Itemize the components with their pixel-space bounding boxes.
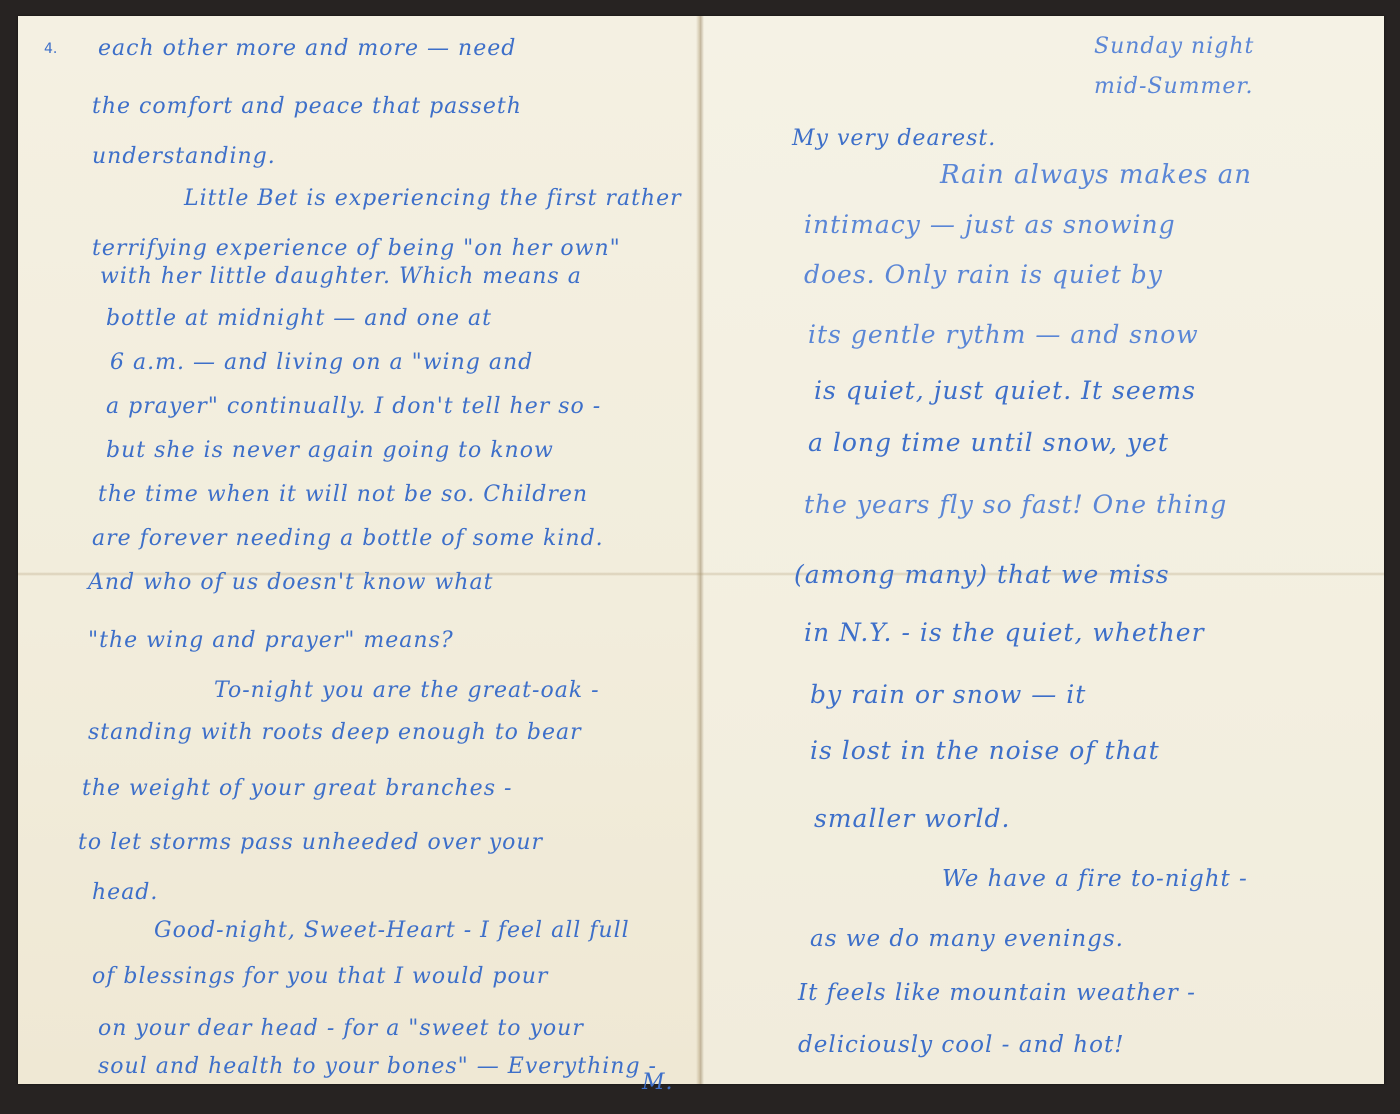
right-line-4: its gentle rythm — and snow [808,322,1199,347]
salutation: My very dearest. [792,128,996,150]
dateline-season: mid-Summer. [1094,76,1254,98]
left-line-15: To-night you are the great-oak - [214,680,600,702]
right-line-14: as we do many evenings. [810,928,1124,951]
right-line-5: is quiet, just quiet. It seems [814,378,1196,403]
left-line-8: 6 a.m. — and living on a "wing and [110,352,533,374]
right-line-11: is lost in the noise of that [810,738,1160,763]
left-line-21: of blessings for you that I would pour [92,966,548,988]
center-fold [696,16,704,1084]
left-line-3: understanding. [92,146,276,168]
letter-sheet: 4. each other more and more — need the c… [18,16,1384,1084]
left-line-7: bottle at midnight — and one at [106,308,492,330]
right-line-7: the years fly so fast! One thing [804,492,1227,517]
right-line-9: in N.Y. - is the quiet, whether [804,620,1205,645]
right-line-2: intimacy — just as snowing [804,212,1176,237]
left-line-17: the weight of your great branches - [82,778,512,800]
left-line-20: Good-night, Sweet-Heart - I feel all ful… [154,920,630,942]
left-line-1: each other more and more — need [98,38,516,60]
right-line-13: We have a fire to-night - [942,868,1248,891]
left-line-2: the comfort and peace that passeth [92,96,522,118]
left-line-4: Little Bet is experiencing the first rat… [184,188,682,210]
left-line-12: are forever needing a bottle of some kin… [92,528,604,550]
right-line-16: deliciously cool - and hot! [798,1034,1124,1057]
right-line-6: a long time until snow, yet [808,430,1169,455]
right-line-3: does. Only rain is quiet by [804,262,1163,287]
left-line-18: to let storms pass unheeded over your [78,832,543,854]
left-line-6: with her little daughter. Which means a [100,266,582,288]
left-line-19: head. [92,882,158,904]
right-line-10: by rain or snow — it [810,682,1086,707]
signature: M. [642,1072,674,1094]
right-line-1: Rain always makes an [940,162,1252,188]
left-line-14: "the wing and prayer" means? [88,630,454,652]
left-line-23: soul and health to your bones" — Everyth… [98,1056,657,1078]
left-line-11: the time when it will not be so. Childre… [98,484,588,506]
right-line-12: smaller world. [814,806,1010,831]
right-line-8: (among many) that we miss [794,562,1170,587]
left-line-5: terrifying experience of being "on her o… [92,238,621,260]
left-line-16: standing with roots deep enough to bear [88,722,582,744]
dateline-day: Sunday night [1094,36,1254,58]
right-line-15: It feels like mountain weather - [798,982,1196,1005]
left-line-9: a prayer" continually. I don't tell her … [106,396,601,418]
page-number: 4. [44,41,57,57]
left-line-10: but she is never again going to know [106,440,554,462]
left-line-13: And who of us doesn't know what [88,572,493,594]
left-line-22: on your dear head - for a "sweet to your [98,1018,584,1040]
